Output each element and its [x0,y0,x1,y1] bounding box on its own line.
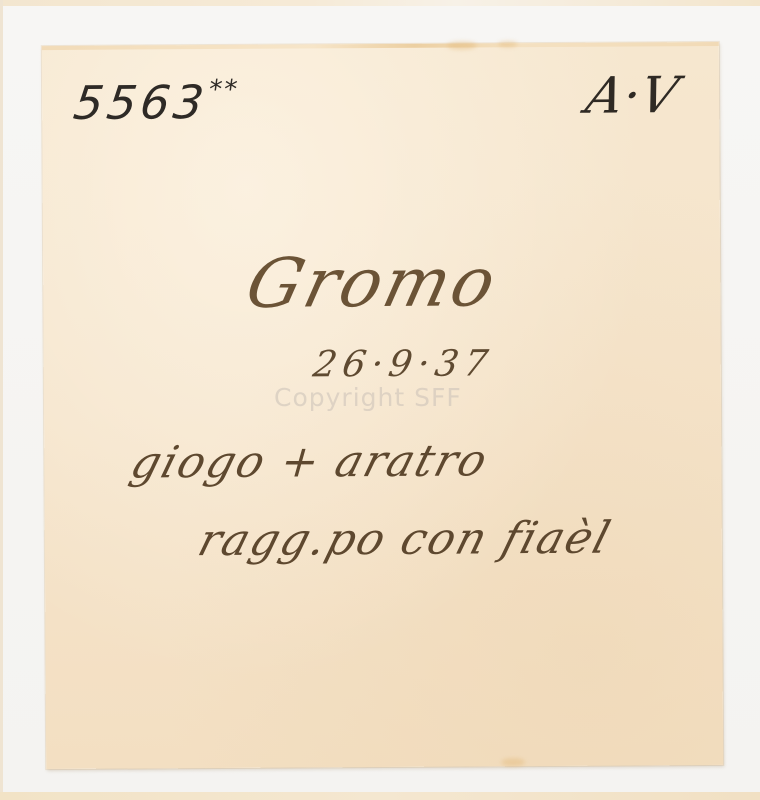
catalog-marks: ** [207,75,241,105]
paper-stain [501,758,525,766]
paper-stain [498,41,518,47]
top-background-strip [0,0,760,6]
catalog-number-value: 5563 [71,75,211,130]
bottom-background-strip [0,792,760,800]
description-line: ragg.po con fiaèl [193,513,618,567]
locality-name: Gromo [239,243,506,324]
collector-initials: A·V [581,66,684,125]
photo-scene: 5563** A·V Gromo 26·9·37 giogo + aratro … [0,0,760,800]
catalog-number: 5563** [71,75,241,130]
copyright-watermark: Copyright SFF [274,383,462,412]
description-line: giogo + aratro [125,435,494,488]
left-background-edge [0,0,3,800]
collection-date: 26·9·37 [310,343,496,385]
paper-stain [447,41,477,49]
